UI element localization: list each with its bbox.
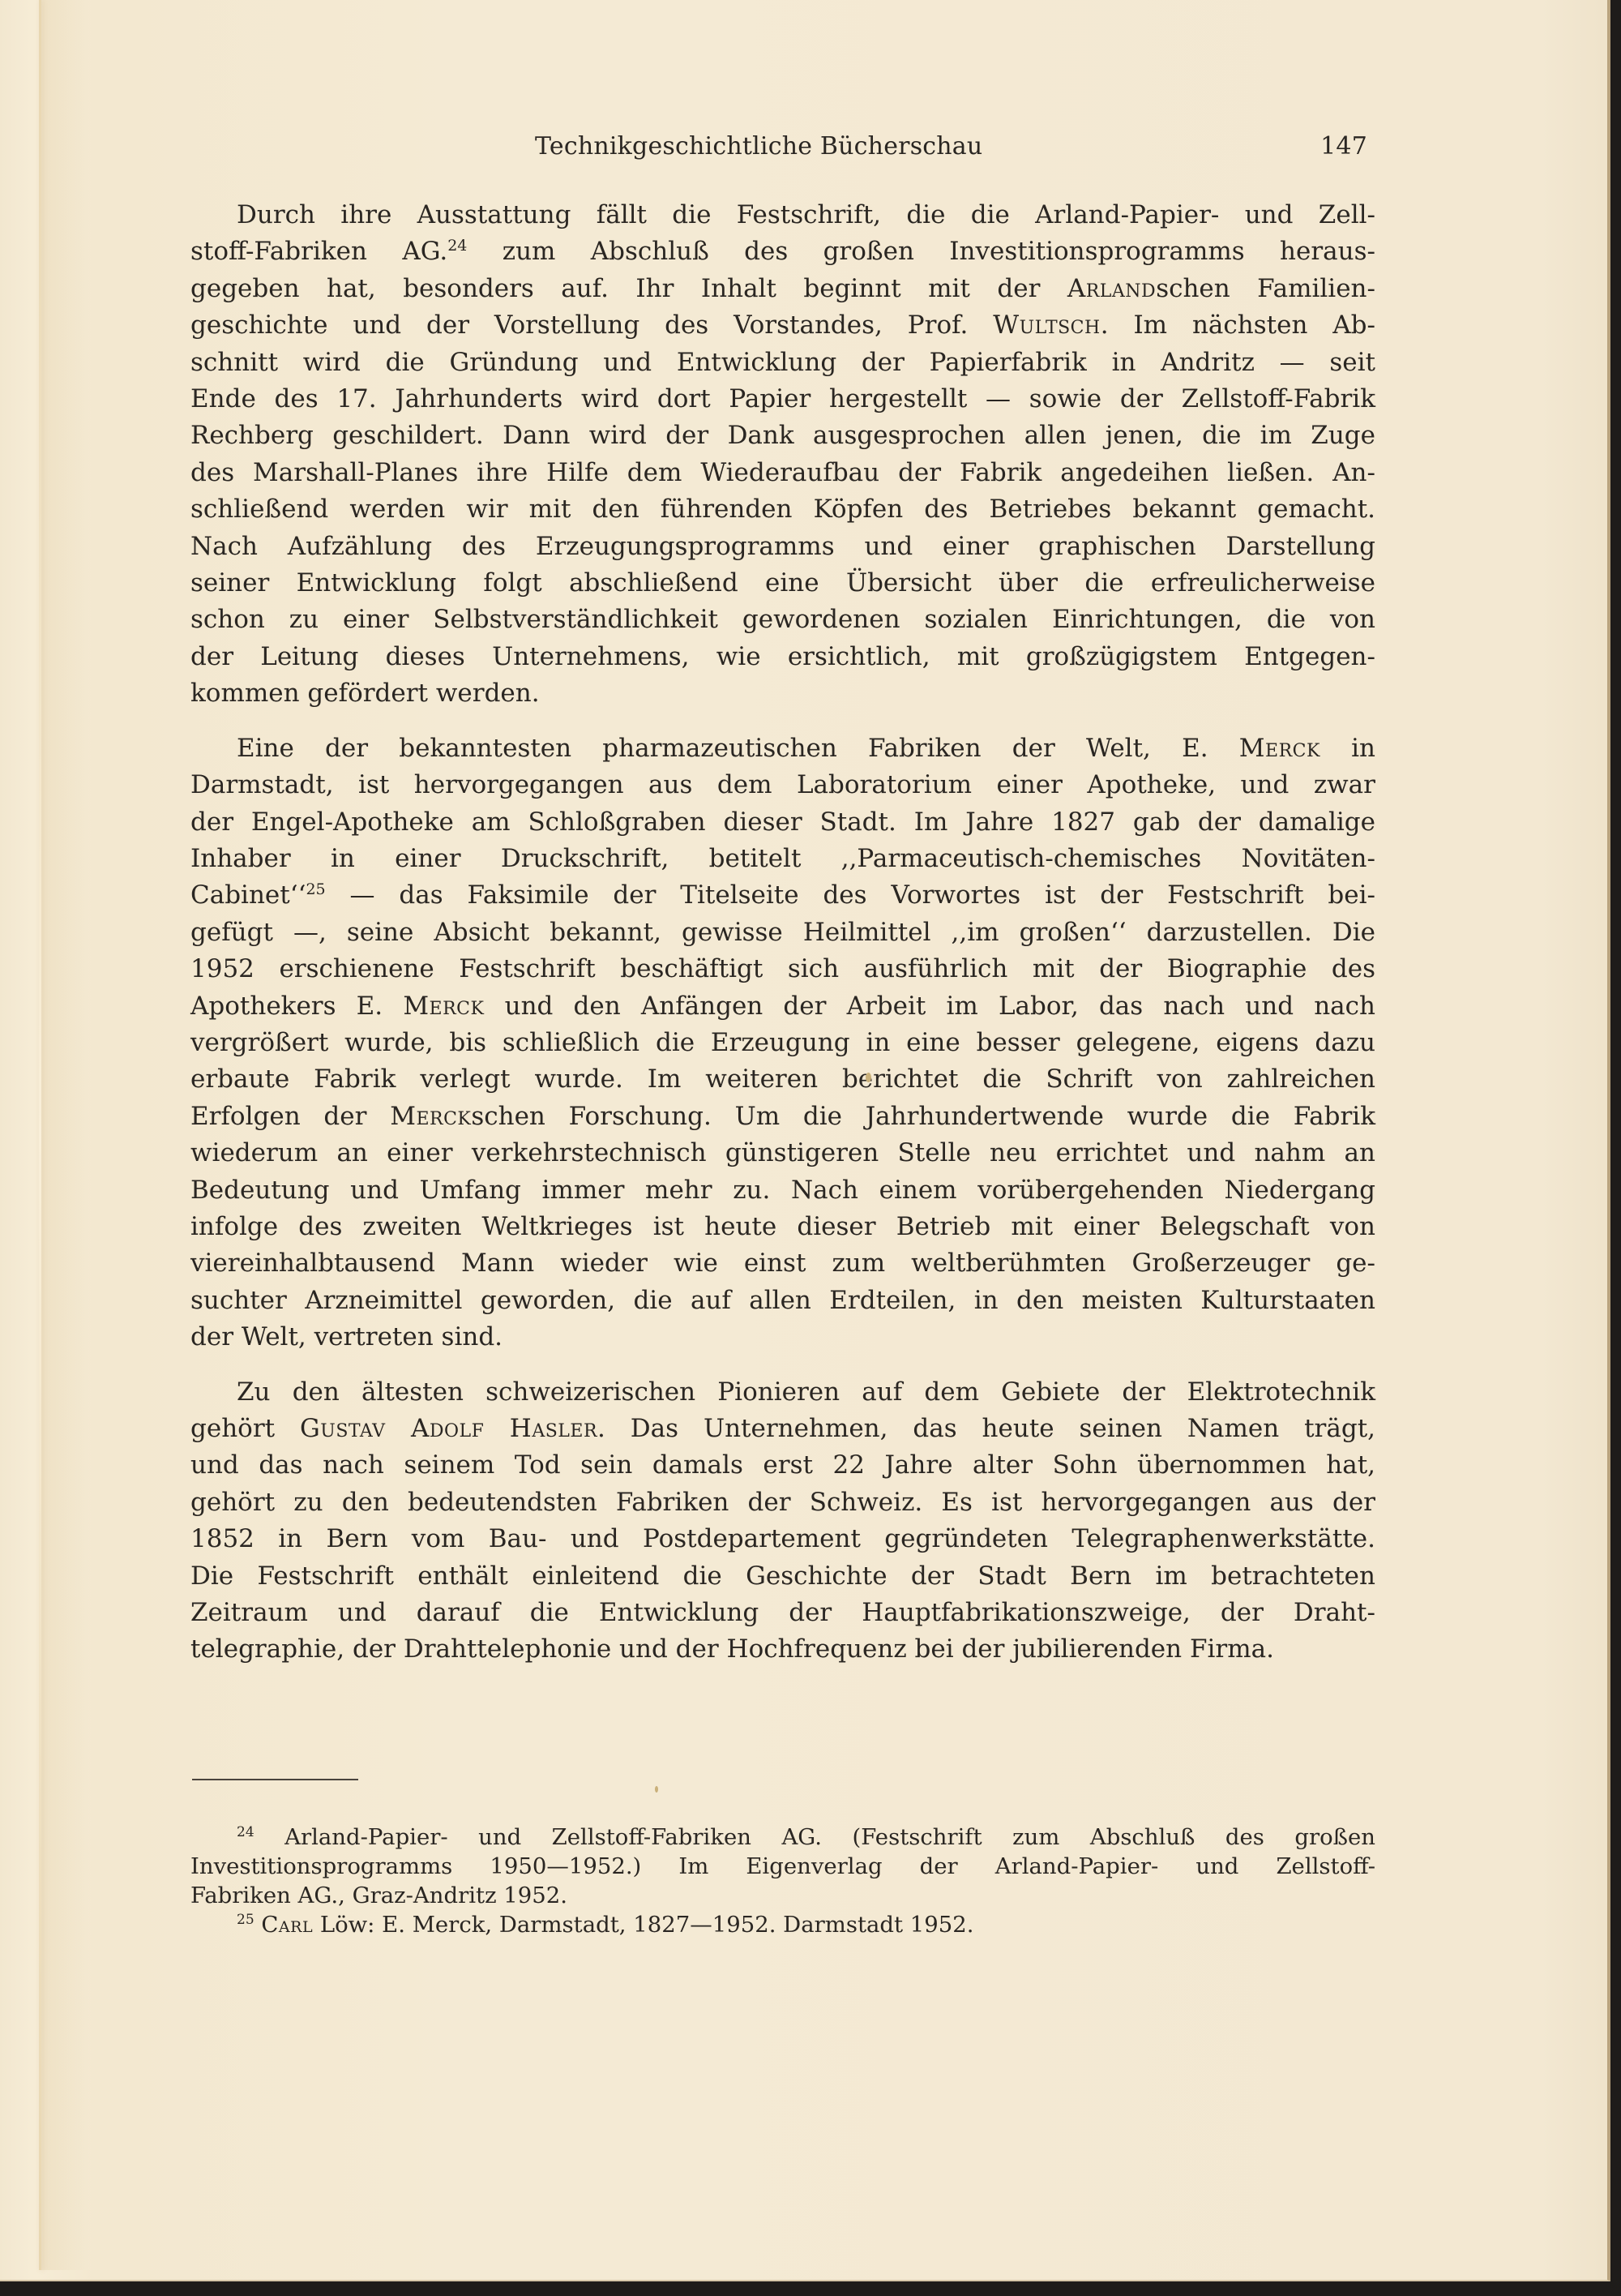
text-line: suchter Arzneimittel geworden, die auf a… xyxy=(190,1283,1375,1319)
small-caps-name: Merck xyxy=(390,1102,471,1131)
text-line: seiner Entwicklung folgt abschließend ei… xyxy=(190,565,1375,602)
text-line: Inhaber in einer Druckschrift, betitelt … xyxy=(190,841,1375,877)
text-line: Ende des 17. Jahrhunderts wird dort Papi… xyxy=(190,381,1375,418)
text-line: der Leitung dieses Unternehmens, wie ers… xyxy=(190,639,1375,675)
text-line: Fabriken AG., Graz-Andritz 1952. xyxy=(190,1881,1375,1910)
text-line: Rechberg geschildert. Dann wird der Dank… xyxy=(190,418,1375,454)
footnote-marker: 25 xyxy=(237,1912,254,1928)
text-line: Investitionsprogramms 1950—1952.) Im Eig… xyxy=(190,1852,1375,1881)
text-line: gefügt —, seine Absicht bekannt, gewisse… xyxy=(190,915,1375,951)
small-caps-name: Wultsch xyxy=(993,311,1100,340)
footnote-24: 24 Arland-Papier- und Zellstoff-Fabriken… xyxy=(190,1823,1375,1910)
text-line: des Marshall-Planes ihre Hilfe dem Wiede… xyxy=(190,455,1375,491)
footnote-separator-rule xyxy=(192,1779,358,1780)
text-line: Apothekers E. Merck und den Anfängen der… xyxy=(190,988,1375,1025)
text-line: kommen gefördert werden. xyxy=(190,675,1375,712)
text-line: Zu den ältesten schweizerischen Pioniere… xyxy=(190,1374,1375,1411)
small-caps-name: Carl xyxy=(261,1912,313,1938)
paragraph-hasler: Zu den ältesten schweizerischen Pioniere… xyxy=(190,1374,1375,1668)
small-caps-name: Merck xyxy=(403,992,484,1021)
text-line: gehört Gustav Adolf Hasler. Das Unterneh… xyxy=(190,1411,1375,1447)
paper-speck xyxy=(866,1073,871,1082)
book-page: Technikgeschichtliche Bücherschau 147 Du… xyxy=(0,0,1610,2281)
text-line: stoff-Fabriken AG.24 zum Abschluß des gr… xyxy=(190,233,1375,270)
text-line: wiederum an einer verkehrstechnisch güns… xyxy=(190,1135,1375,1172)
footnote-marker: 25 xyxy=(306,880,325,898)
text-line: Die Festschrift enthält einleitend die G… xyxy=(190,1558,1375,1595)
footnotes: 24 Arland-Papier- und Zellstoff-Fabriken… xyxy=(190,1823,1375,1939)
text-line: 1852 in Bern vom Bau- und Postdepartemen… xyxy=(190,1521,1375,1557)
text-line: vergrößert wurde, bis schließlich die Er… xyxy=(190,1025,1375,1061)
text-line: Erfolgen der Merckschen Forschung. Um di… xyxy=(190,1099,1375,1135)
text-line: schon zu einer Selbstverständlichkeit ge… xyxy=(190,602,1375,638)
footnote-marker: 24 xyxy=(447,237,467,255)
text-line: der Engel-Apotheke am Schloßgraben diese… xyxy=(190,804,1375,841)
body-text: Durch ihre Ausstattung fällt die Festsch… xyxy=(190,197,1375,1668)
text-line: schnitt wird die Gründung und Entwicklun… xyxy=(190,345,1375,381)
text-line: Cabinet‘‘25 — das Faksimile der Titelsei… xyxy=(190,877,1375,914)
text-line: infolge des zweiten Weltkrieges ist heut… xyxy=(190,1209,1375,1245)
text-line: telegraphie, der Drahttelephonie und der… xyxy=(190,1631,1375,1668)
running-head: Technikgeschichtliche Bücherschau 147 xyxy=(186,132,1378,165)
text-line: 24 Arland-Papier- und Zellstoff-Fabriken… xyxy=(190,1823,1375,1852)
text-line: und das nach seinem Tod sein damals erst… xyxy=(190,1447,1375,1484)
paragraph-arland: Durch ihre Ausstattung fällt die Festsch… xyxy=(190,197,1375,713)
small-caps-name: Arland xyxy=(1067,274,1156,303)
text-line: der Welt, vertreten sind. xyxy=(190,1319,1375,1356)
small-caps-name: Gustav Adolf Hasler xyxy=(300,1414,597,1443)
text-line: Durch ihre Ausstattung fällt die Festsch… xyxy=(190,197,1375,233)
text-line: Eine der bekanntesten pharmazeutischen F… xyxy=(190,730,1375,767)
paragraph-merck: Eine der bekanntesten pharmazeutischen F… xyxy=(190,730,1375,1356)
page-number: 147 xyxy=(1320,132,1367,161)
small-caps-name: Merck xyxy=(1239,734,1320,763)
text-line: erbaute Fabrik verlegt wurde. Im weitere… xyxy=(190,1061,1375,1098)
gutter-shadow xyxy=(41,0,90,2270)
running-head-title: Technikgeschichtliche Bücherschau xyxy=(535,132,982,161)
text-line: Darmstadt, ist hervorgegangen aus dem La… xyxy=(190,767,1375,803)
text-line: Nach Aufzählung des Erzeugungsprogramms … xyxy=(190,529,1375,565)
paper-speck xyxy=(655,1786,658,1793)
text-line: geschichte und der Vorstellung des Vorst… xyxy=(190,307,1375,344)
text-line: Zeitraum und darauf die Entwicklung der … xyxy=(190,1595,1375,1631)
text-line: schließend werden wir mit den führenden … xyxy=(190,491,1375,528)
text-line: gehört zu den bedeutendsten Fabriken der… xyxy=(190,1484,1375,1521)
text-line: viereinhalbtausend Mann wieder wie einst… xyxy=(190,1245,1375,1282)
text-line: Bedeutung und Umfang immer mehr zu. Nach… xyxy=(190,1172,1375,1209)
footnote-25: 25 Carl Löw: E. Merck, Darmstadt, 1827—1… xyxy=(190,1910,1375,1939)
footnote-marker: 24 xyxy=(237,1824,254,1840)
text-line: 25 Carl Löw: E. Merck, Darmstadt, 1827—1… xyxy=(190,1910,1375,1939)
text-line: 1952 erschienene Festschrift beschäftigt… xyxy=(190,951,1375,987)
text-line: gegeben hat, besonders auf. Ihr Inhalt b… xyxy=(190,271,1375,307)
